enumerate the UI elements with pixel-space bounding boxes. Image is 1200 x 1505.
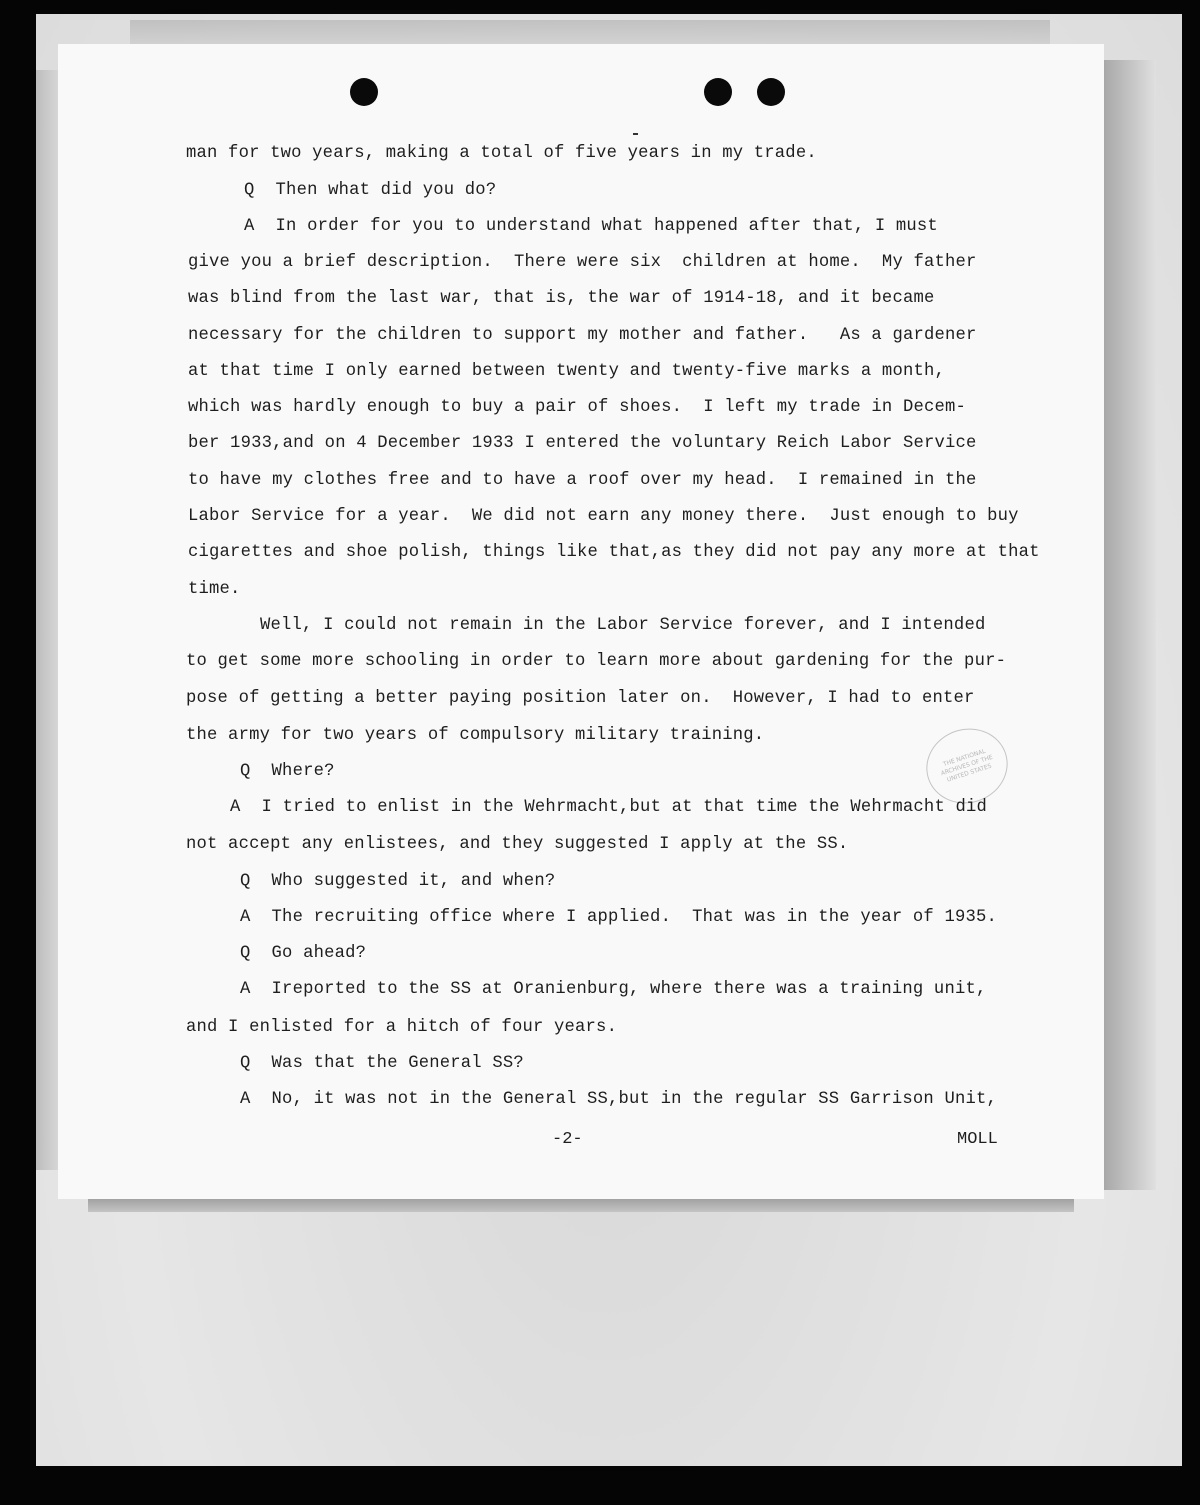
transcript-line: which was hardly enough to buy a pair of… xyxy=(188,398,966,418)
transcript-line: at that time I only earned between twent… xyxy=(188,362,945,382)
transcript-line: ber 1933,and on 4 December 1933 I entere… xyxy=(188,434,977,454)
transcript-line: to have my clothes free and to have a ro… xyxy=(188,471,977,491)
transcript-line: A The recruiting office where I applied.… xyxy=(240,908,997,928)
transcript-line: Q Who suggested it, and when? xyxy=(240,872,555,892)
transcript-line: A In order for you to understand what ha… xyxy=(244,217,938,237)
transcript-line: cigarettes and shoe polish, things like … xyxy=(188,543,1040,563)
transcript-body: man for two years, making a total of fiv… xyxy=(0,0,1200,1505)
transcript-line: not accept any enlistees, and they sugge… xyxy=(186,835,848,855)
footer-name: MOLL xyxy=(957,1130,998,1149)
page-number: -2- xyxy=(552,1130,583,1149)
transcript-line: was blind from the last war, that is, th… xyxy=(188,289,935,309)
transcript-line: Q Go ahead? xyxy=(240,944,366,964)
transcript-line: Labor Service for a year. We did not ear… xyxy=(188,507,1019,527)
transcript-line: A No, it was not in the General SS,but i… xyxy=(240,1090,997,1110)
transcript-line: Well, I could not remain in the Labor Se… xyxy=(260,616,985,636)
transcript-line: Q Where? xyxy=(240,762,335,782)
transcript-line: necessary for the children to support my… xyxy=(188,326,977,346)
transcript-line: time. xyxy=(188,580,241,600)
transcript-line: and I enlisted for a hitch of four years… xyxy=(186,1018,617,1038)
transcript-line: A I tried to enlist in the Wehrmacht,but… xyxy=(230,798,987,818)
transcript-line: man for two years, making a total of fiv… xyxy=(186,144,817,164)
transcript-line: give you a brief description. There were… xyxy=(188,253,977,273)
transcript-line: A Ireported to the SS at Oranienburg, wh… xyxy=(240,980,987,1000)
transcript-line: to get some more schooling in order to l… xyxy=(186,652,1006,672)
transcript-line: Q Then what did you do? xyxy=(244,181,496,201)
transcript-line: pose of getting a better paying position… xyxy=(186,689,975,709)
transcript-line: Q Was that the General SS? xyxy=(240,1054,524,1074)
transcript-line: the army for two years of compulsory mil… xyxy=(186,726,764,746)
